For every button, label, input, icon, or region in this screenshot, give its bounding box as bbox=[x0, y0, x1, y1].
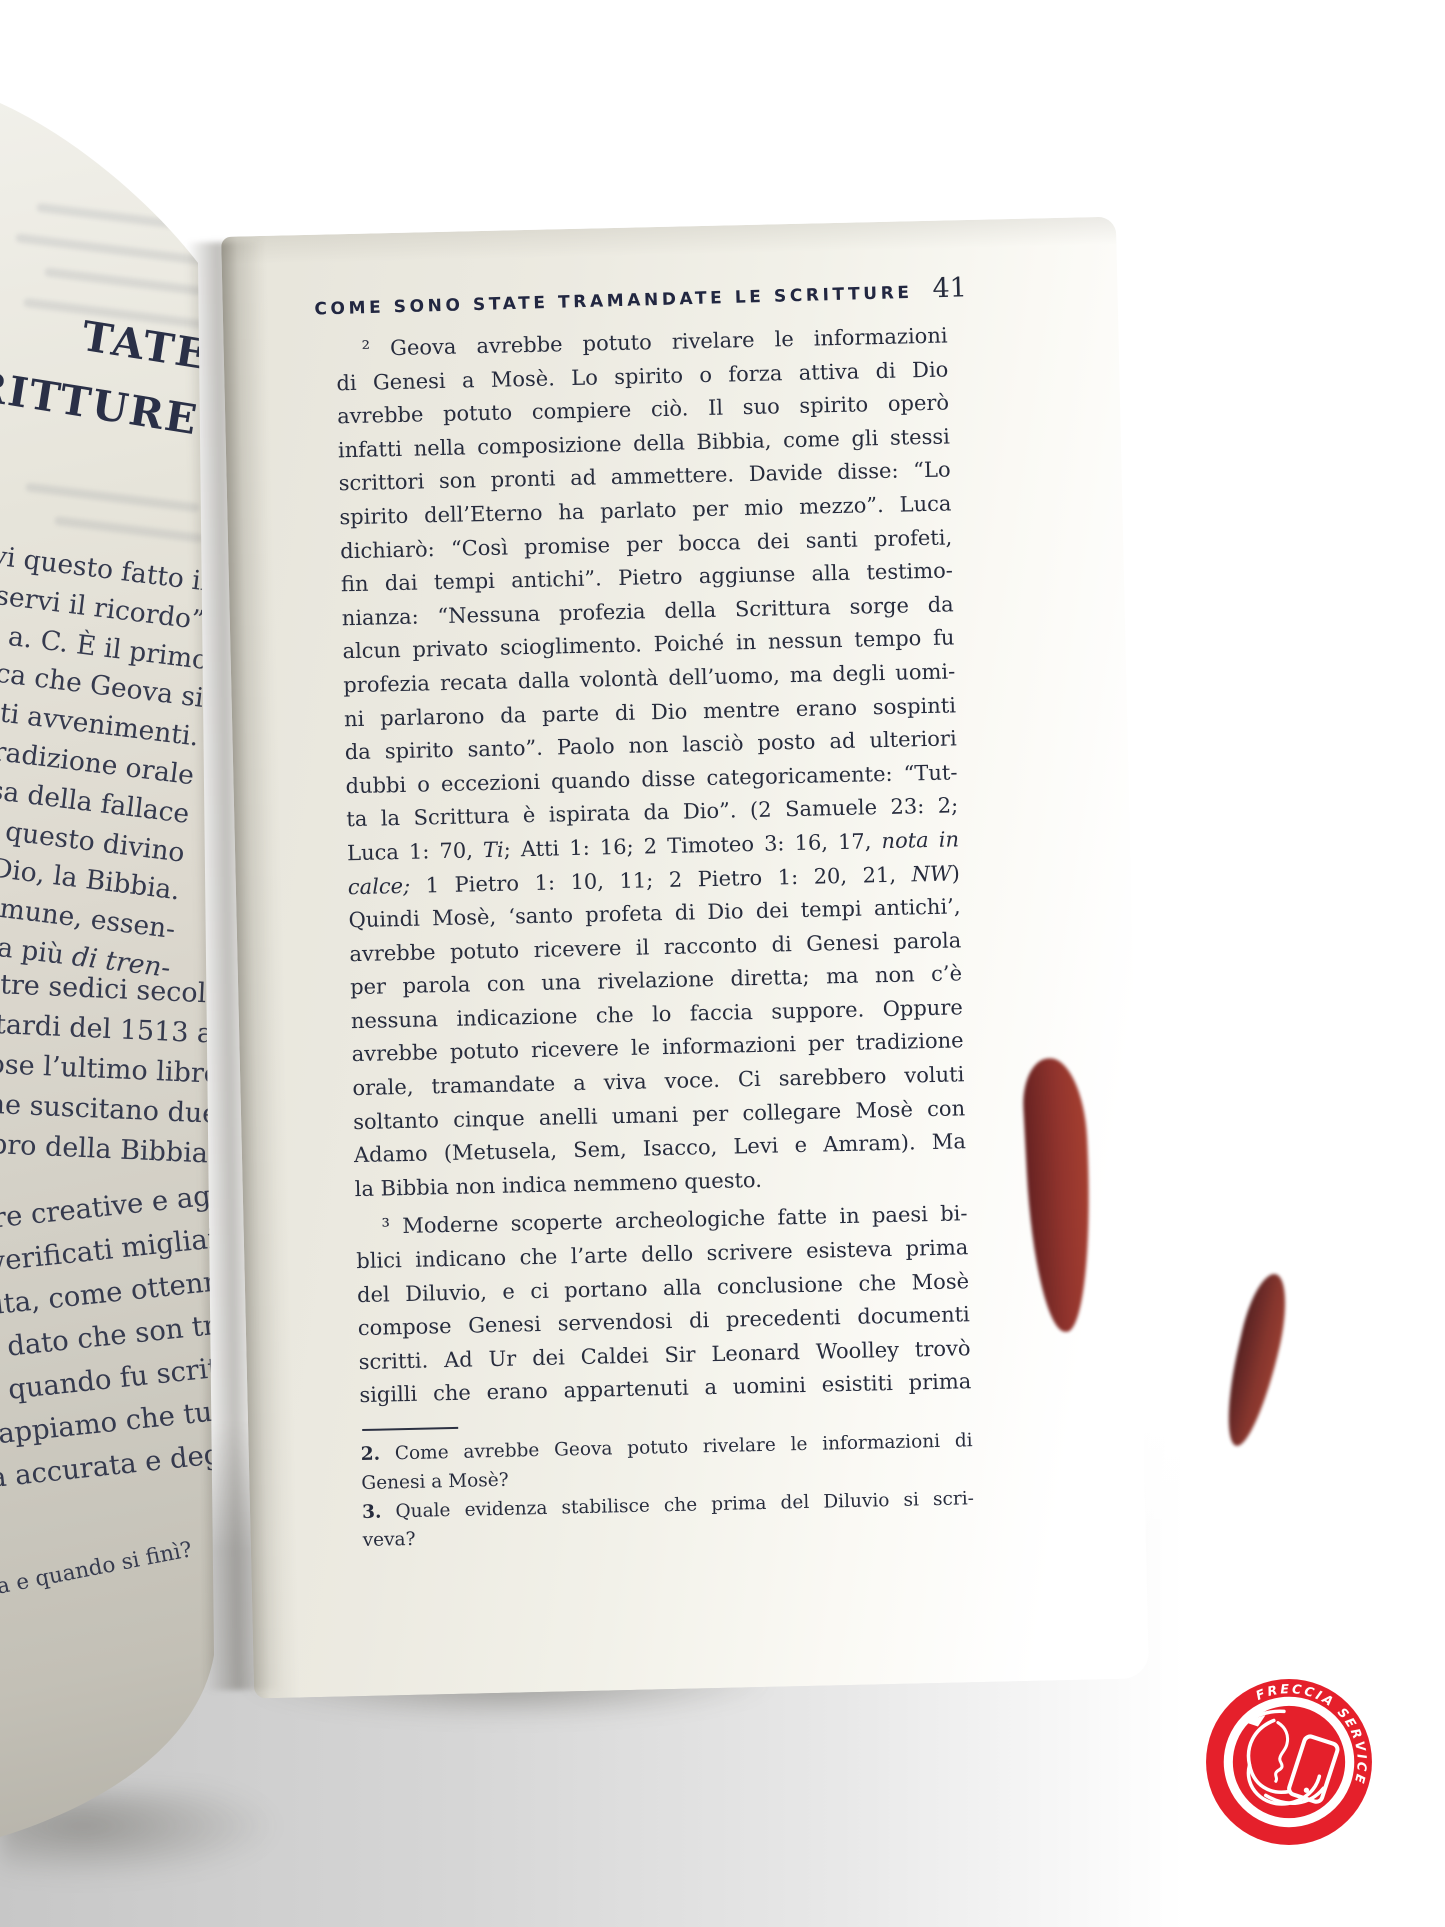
body-paragraph-2: ² Geova avrebbe potuto rivelare le infor… bbox=[335, 319, 967, 1206]
left-page-footnote-fragment: bbia e quando si finì? bbox=[0, 1537, 194, 1606]
show-through-line bbox=[36, 203, 206, 233]
footnote-separator-rule bbox=[362, 1427, 458, 1431]
show-through-line bbox=[25, 482, 200, 512]
left-page-text-fragments-top: ivi questo fatto inonservi il ricordo”.a… bbox=[0, 532, 220, 989]
left-page-chapter-title-fragment: TATECRITTURE bbox=[0, 282, 214, 453]
book-photo: TATECRITTURE ivi questo fatto inonservi … bbox=[0, 0, 1445, 1927]
right-page: COME SONO STATE TRAMANDATE LE SCRITTURE … bbox=[221, 217, 1149, 1699]
body-paragraph-3: ³ Moderne scoperte archeologiche fatte i… bbox=[355, 1198, 971, 1413]
page-number: 41 bbox=[932, 272, 967, 304]
right-page-text-block: COME SONO STATE TRAMANDATE LE SCRITTURE … bbox=[334, 274, 975, 1556]
running-header-title: COME SONO STATE TRAMANDATE LE SCRITTURE bbox=[314, 283, 913, 320]
running-header: COME SONO STATE TRAMANDATE LE SCRITTURE … bbox=[334, 273, 947, 321]
footnotes: 2. Come avrebbe Geova potuto rivelare le… bbox=[360, 1427, 974, 1556]
show-through-line bbox=[54, 516, 204, 543]
watermark-logo: FRECCIA SERVICE bbox=[1203, 1676, 1375, 1848]
left-page-text-fragments-middle: oltre sedici secoli.u tardi del 1513 a.p… bbox=[0, 963, 224, 1174]
show-through-line bbox=[15, 233, 210, 266]
show-through-line bbox=[44, 267, 204, 295]
body-text: ² Geova avrebbe potuto rivelare le infor… bbox=[335, 319, 971, 1413]
